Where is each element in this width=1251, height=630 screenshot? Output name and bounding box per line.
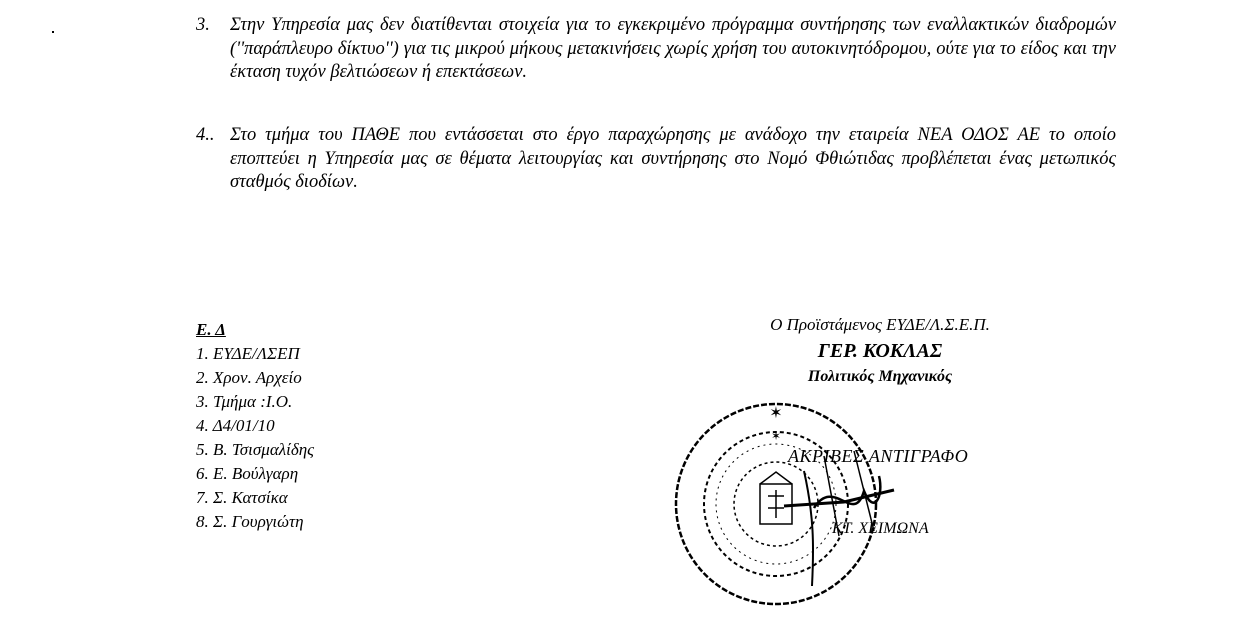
distribution-item: 6. Ε. Βούλγαρη bbox=[196, 462, 314, 486]
certified-copy-label: ΑΚΡΙΒΕΣ ΑΝΤΙΓΡΑΦΟ bbox=[788, 446, 968, 467]
distribution-item: 7. Σ. Κατσίκα bbox=[196, 486, 314, 510]
distribution-item: 4. Δ4/01/10 bbox=[196, 414, 314, 438]
distribution-item: 5. Β. Τσισμαλίδης bbox=[196, 438, 314, 462]
paragraph-text: Στην Υπηρεσία μας δεν διατίθενται στοιχε… bbox=[230, 14, 1116, 85]
signature-block: Ο Προϊστάμενος ΕΥΔΕ/Λ.Σ.Ε.Π. ΓΕΡ. ΚΟΚΛΑΣ… bbox=[700, 312, 1060, 390]
distribution-list: Ε. Δ 1. ΕΥΔΕ/ΛΣΕΠ 2. Χρον. Αρχείο 3. Τμή… bbox=[196, 318, 314, 534]
paragraph-4: 4.. Στο τμήμα του ΠΑΘΕ που εντάσσεται στ… bbox=[196, 124, 1116, 195]
distribution-item: 2. Χρον. Αρχείο bbox=[196, 366, 314, 390]
scan-speck bbox=[52, 31, 54, 33]
paragraph-number: 3. bbox=[196, 14, 210, 38]
svg-text:✶: ✶ bbox=[771, 429, 781, 443]
official-stamp-icon: ✶ ✶ bbox=[664, 396, 924, 616]
paragraph-text: Στο τμήμα του ΠΑΘΕ που εντάσσεται στο έρ… bbox=[230, 124, 1116, 195]
document-page: 3. Στην Υπηρεσία μας δεν διατίθενται στο… bbox=[0, 0, 1251, 630]
stamp-signer: ΚΤ. ΧΕΙΜΩΝΑ bbox=[832, 520, 929, 538]
paragraph-3: 3. Στην Υπηρεσία μας δεν διατίθενται στο… bbox=[196, 14, 1116, 85]
paragraph-number: 4.. bbox=[196, 124, 215, 148]
signatory-role: Ο Προϊστάμενος ΕΥΔΕ/Λ.Σ.Ε.Π. bbox=[700, 312, 1060, 338]
distribution-item: 8. Σ. Γουργιώτη bbox=[196, 510, 314, 534]
svg-text:✶: ✶ bbox=[769, 403, 782, 422]
signatory-title: Πολιτικός Μηχανικός bbox=[700, 364, 1060, 390]
signatory-name: ΓΕΡ. ΚΟΚΛΑΣ bbox=[700, 338, 1060, 364]
distribution-item: 3. Τμήμα :Ι.Ο. bbox=[196, 390, 314, 414]
distribution-item: 1. ΕΥΔΕ/ΛΣΕΠ bbox=[196, 342, 314, 366]
distribution-heading: Ε. Δ bbox=[196, 318, 314, 342]
